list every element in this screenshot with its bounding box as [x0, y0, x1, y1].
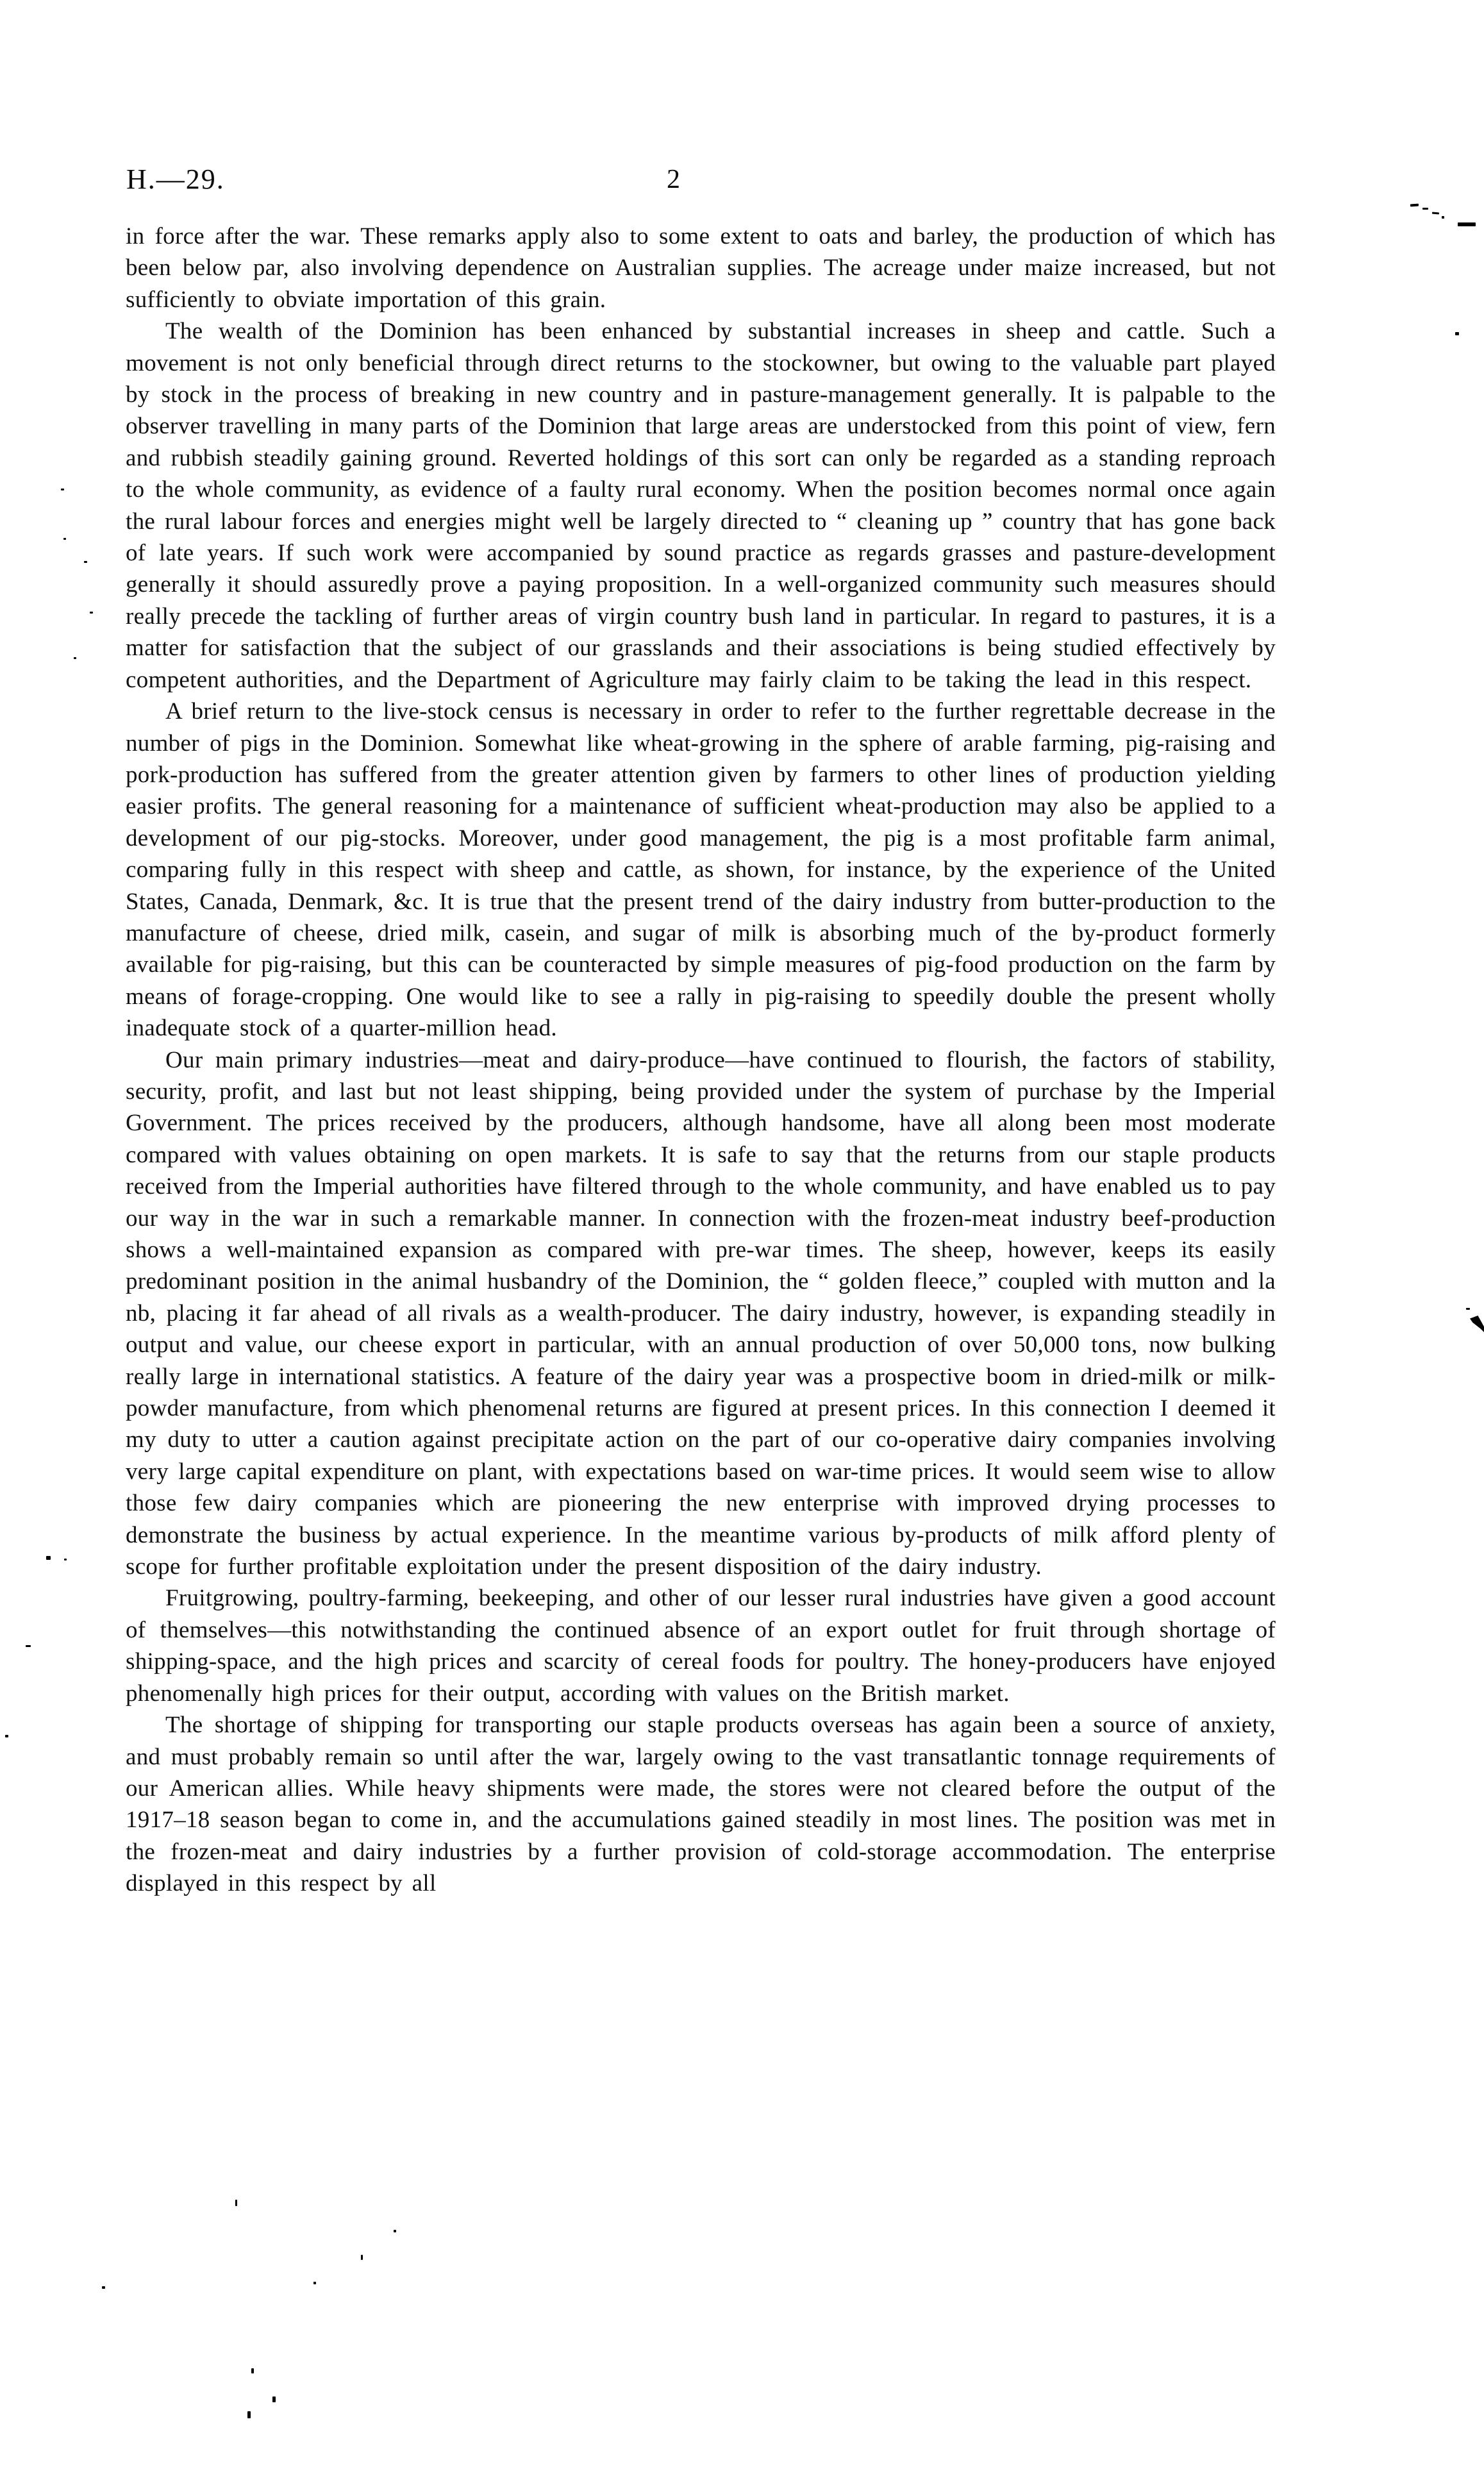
scan-speck [247, 2411, 251, 2418]
scan-speck [1466, 1308, 1470, 1310]
scan-speck [63, 538, 66, 540]
scan-speck [1442, 216, 1444, 219]
scan-speck [64, 1559, 67, 1560]
scan-speck [361, 2255, 363, 2260]
page-number: 2 [667, 164, 680, 195]
scan-speck [1455, 332, 1459, 335]
scan-speck [394, 2230, 396, 2232]
scan-speck [235, 2200, 237, 2206]
body-paragraph: The shortage of shipping for transportin… [126, 1709, 1276, 1899]
body-paragraph: A brief return to the live-stock census … [126, 696, 1276, 1044]
scan-speck [84, 561, 87, 563]
scanned-document-page: H.—29. 2 in force after the war. These r… [0, 0, 1484, 2476]
scan-speck [61, 489, 64, 490]
body-paragraph: Fruitgrowing, poultry-farming, beekeepin… [126, 1582, 1276, 1709]
body-paragraph: Our main primary industries—meat and dai… [126, 1044, 1276, 1583]
report-code: H.—29. [126, 163, 225, 196]
scan-speck [102, 2286, 105, 2289]
body-text: in force after the war. These remarks ap… [126, 221, 1276, 1900]
scan-mark [1458, 222, 1476, 226]
scan-speck [90, 612, 93, 614]
scan-speck [313, 2282, 316, 2284]
scan-speck [272, 2397, 276, 2402]
scan-mark [1422, 208, 1428, 210]
scan-speck [26, 1645, 31, 1647]
body-paragraph: The wealth of the Dominion has been enha… [126, 315, 1276, 696]
scan-speck [251, 2368, 254, 2373]
ink-blob-mark [1470, 1316, 1484, 1332]
scan-speck [5, 1735, 8, 1737]
scan-speck [46, 1556, 51, 1560]
scan-mark [1410, 204, 1419, 207]
body-paragraph: in force after the war. These remarks ap… [126, 221, 1276, 315]
scan-mark [1432, 212, 1439, 215]
scan-speck [74, 657, 76, 659]
